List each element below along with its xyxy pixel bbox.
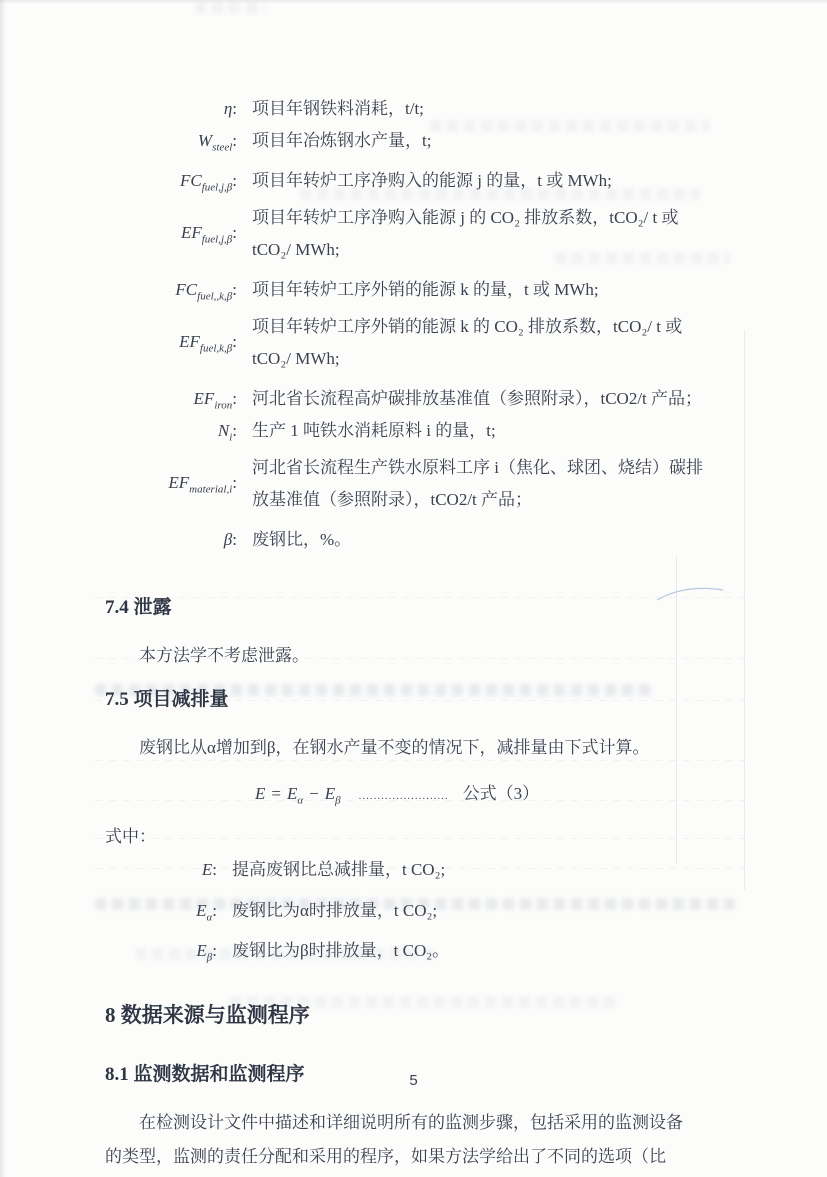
formula-term-alpha: Eα — [287, 784, 303, 806]
where-row: Eα: 废钢比为α时排放量，t CO₂; — [105, 894, 745, 934]
definition-row: Ni: 生产 1 吨铁水消耗原料 i 的量，t; — [105, 415, 745, 447]
section-heading-7-5: 7.5 项目减排量 — [105, 684, 745, 711]
definition-row: FCfuel,,k,β: 项目年转炉工序外销的能源 k 的量，t 或 MWh; — [105, 274, 745, 306]
where-label: 式中： — [105, 822, 745, 847]
symbol-definitions: η: 项目年钢铁料消耗，t/t; Wsteel: 项目年冶炼钢水产量，t; FC… — [105, 93, 745, 556]
section-heading-7-4: 7.4 泄露 — [105, 592, 745, 619]
definition-line: 河北省长流程生产铁水原料工序 i（焦化、球团、烧结）碳排 — [252, 452, 703, 484]
equals-sign: = — [265, 784, 287, 804]
symbol-ef-fuel-j: EFfuel,j,β: — [105, 223, 237, 245]
definition-text: 河北省长流程高炉碳排放基准值（参照附录），tCO2/t 产品； — [252, 383, 702, 415]
formula-3: E = Eα − Eβ ........................ 公式（… — [105, 779, 745, 806]
definition-line: 项目年转炉工序外销的能源 k 的 CO₂ 排放系数，tCO₂/ t 或 — [252, 311, 682, 343]
symbol-ef-material: EFmaterial,i: — [105, 473, 237, 495]
paragraph-line: 在检测设计文件中描述和详细说明所有的监测步骤，包括采用的监测设备 — [105, 1106, 745, 1140]
definition-text: 项目年转炉工序净购入的能源 j 的量，t 或 MWh; — [252, 165, 612, 197]
symbol-fc-fuel-j: FCfuel,j,β: — [105, 171, 237, 193]
paragraph-line: 的类型，监测的责任分配和采用的程序，如果方法学给出了不同的选项（比 — [105, 1140, 745, 1174]
symbol-w-steel: Wsteel: — [105, 131, 237, 153]
where-text: 废钢比为α时排放量，t CO₂; — [232, 894, 437, 928]
symbol-ef-iron: EFiron: — [105, 389, 237, 411]
document-page: η: 项目年钢铁料消耗，t/t; Wsteel: 项目年冶炼钢水产量，t; FC… — [0, 0, 827, 1177]
definition-text: 废钢比，%。 — [252, 524, 351, 556]
symbol-n-i: Ni: — [105, 421, 237, 443]
definition-row: EFfuel,k,β: 项目年转炉工序外销的能源 k 的 CO₂ 排放系数，tC… — [105, 311, 745, 375]
symbol-eta: η: — [105, 99, 237, 121]
definition-line: tCO₂/ MWh; — [252, 343, 682, 375]
definition-text: 项目年转炉工序净购入能源 j 的 CO₂ 排放系数，tCO₂/ t 或 tCO₂… — [252, 202, 678, 266]
definition-row: η: 项目年钢铁料消耗，t/t; — [105, 93, 745, 125]
definition-row: FCfuel,j,β: 项目年转炉工序净购入的能源 j 的量，t 或 MWh; — [105, 165, 745, 197]
section-7-4-body: 本方法学不考虑泄露。 — [105, 641, 745, 666]
definition-line: 项目年转炉工序净购入能源 j 的 CO₂ 排放系数，tCO₂/ t 或 — [252, 202, 678, 234]
definition-text: 项目年转炉工序外销的能源 k 的量，t 或 MWh; — [252, 274, 599, 306]
definition-row: EFmaterial,i: 河北省长流程生产铁水原料工序 i（焦化、球团、烧结）… — [105, 452, 745, 516]
where-row: E: 提高废钢比总减排量，t CO₂; — [105, 853, 745, 893]
page-number: 5 — [0, 1072, 827, 1089]
symbol-e-alpha: Eα: — [105, 894, 217, 934]
definition-row: Wsteel: 项目年冶炼钢水产量，t; — [105, 125, 745, 157]
scan-edge-shadow — [0, 0, 6, 1177]
definition-line: tCO₂/ MWh; — [252, 234, 678, 266]
where-list: E: 提高废钢比总减排量，t CO₂; Eα: 废钢比为α时排放量，t CO₂;… — [105, 853, 745, 974]
formula-label: 公式（3） — [463, 779, 540, 804]
definition-line: 放基准值（参照附录），tCO2/t 产品； — [252, 484, 703, 516]
minus-sign: − — [303, 784, 325, 804]
where-row: Eβ: 废钢比为β时排放量，t CO₂。 — [105, 934, 745, 974]
definition-row: EFiron: 河北省长流程高炉碳排放基准值（参照附录），tCO2/t 产品； — [105, 383, 745, 415]
formula-term-beta: Eβ — [325, 784, 341, 806]
symbol-e-beta: Eβ: — [105, 934, 217, 974]
symbol-e: E: — [105, 853, 217, 893]
page-content: η: 项目年钢铁料消耗，t/t; Wsteel: 项目年冶炼钢水产量，t; FC… — [105, 93, 745, 1174]
definition-text: 生产 1 吨铁水消耗原料 i 的量，t; — [252, 415, 496, 447]
scan-edge-shadow — [0, 0, 827, 4]
definition-text: 项目年转炉工序外销的能源 k 的 CO₂ 排放系数，tCO₂/ t 或 tCO₂… — [252, 311, 682, 375]
dot-leader: ........................ — [359, 790, 449, 802]
section-7-5-intro: 废钢比从α增加到β，在钢水产量不变的情况下，减排量由下式计算。 — [105, 733, 745, 763]
definition-text: 项目年钢铁料消耗，t/t; — [252, 93, 424, 125]
section-heading-8: 8 数据来源与监测程序 — [105, 999, 745, 1029]
symbol-fc-fuel-k: FCfuel,,k,β: — [105, 280, 237, 302]
section-8-1-paragraph: 在检测设计文件中描述和详细说明所有的监测步骤，包括采用的监测设备 的类型，监测的… — [105, 1106, 745, 1174]
where-text: 废钢比为β时排放量，t CO₂。 — [232, 934, 449, 968]
formula-lhs: E — [255, 784, 265, 804]
symbol-ef-fuel-k: EFfuel,k,β: — [105, 332, 237, 354]
where-text: 提高废钢比总减排量，t CO₂; — [232, 853, 445, 887]
symbol-beta: β: — [105, 530, 237, 552]
definition-row: EFfuel,j,β: 项目年转炉工序净购入能源 j 的 CO₂ 排放系数，tC… — [105, 202, 745, 266]
definition-text: 项目年冶炼钢水产量，t; — [252, 125, 431, 157]
definition-row: β: 废钢比，%。 — [105, 524, 745, 556]
definition-text: 河北省长流程生产铁水原料工序 i（焦化、球团、烧结）碳排 放基准值（参照附录），… — [252, 452, 703, 516]
